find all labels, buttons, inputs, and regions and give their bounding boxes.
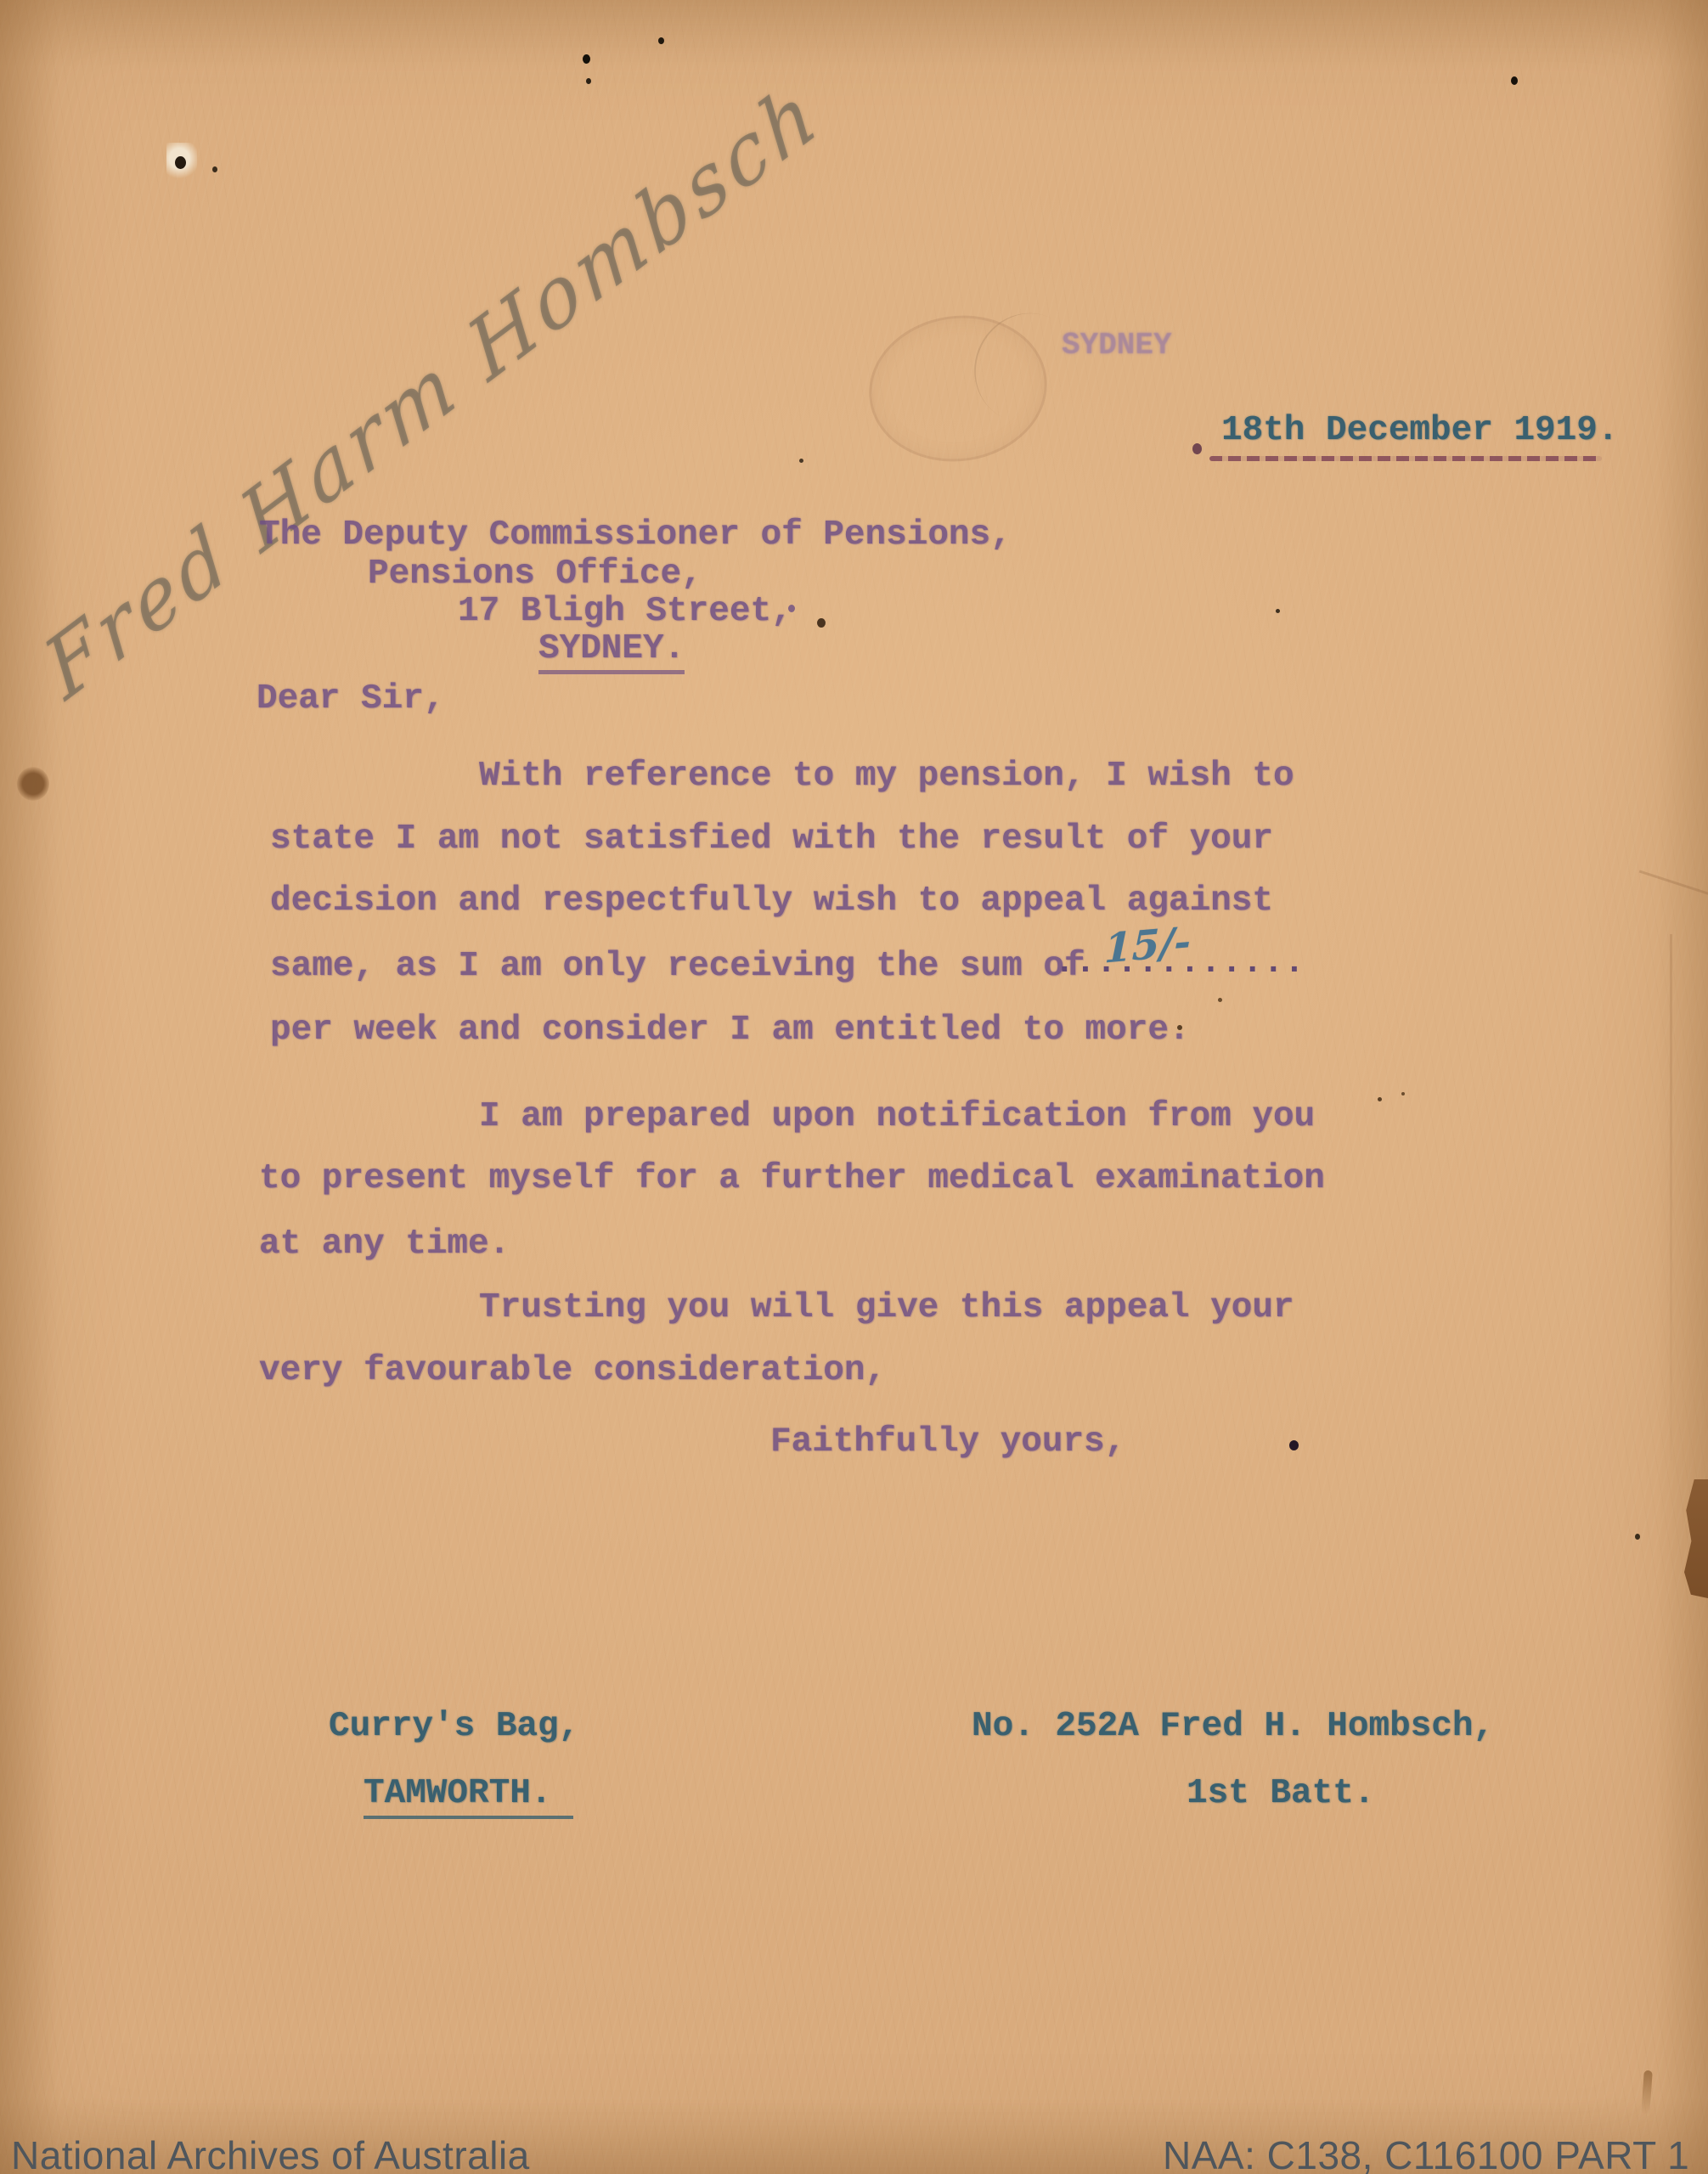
torn-edge-notch <box>1684 1479 1708 1598</box>
ink-blot <box>1289 1440 1299 1450</box>
stray-ink-dot <box>817 618 826 628</box>
service-number-name: No. 252A Fred H. Hombsch, <box>972 1706 1494 1748</box>
paper-speck <box>586 78 591 84</box>
battalion: 1st Batt. <box>1187 1773 1374 1815</box>
closing-valediction: Faithfully yours, <box>770 1422 1125 1463</box>
body-line-6: I am prepared upon notification from you <box>479 1096 1315 1138</box>
paper-speck <box>175 156 186 169</box>
body-line-2: state I am not satisfied with the result… <box>270 819 1273 860</box>
paper-speck <box>212 166 217 172</box>
date-underline-dot <box>1192 443 1202 454</box>
recipient-address-line-1: The Deputy Commissioner of Pensions, <box>259 515 1012 556</box>
brown-stain <box>17 767 49 801</box>
body-line-3: decision and respectfully wish to appeal… <box>270 881 1273 922</box>
footer-archive-name: National Archives of Australia <box>11 2132 530 2174</box>
recipient-address-line-2: Pensions Office, <box>368 554 702 595</box>
date-underline <box>1209 456 1602 461</box>
recipient-address-line-4: SYDNEY. <box>538 628 685 670</box>
sender-town: TAMWORTH. <box>364 1774 573 1819</box>
body-line-7: to present myself for a further medical … <box>259 1158 1325 1200</box>
brown-streak <box>1641 2070 1653 2115</box>
sender-address-line-2: TAMWORTH. <box>364 1773 573 1815</box>
sender-address-line-1: Curry's Bag, <box>329 1706 579 1748</box>
paper-speck <box>799 459 803 463</box>
body-line-10: very favourable consideration, <box>259 1350 886 1392</box>
paper-crease <box>1639 870 1708 895</box>
paper-speck <box>1511 76 1518 85</box>
paper-speck <box>1635 1534 1640 1540</box>
salutation: Dear Sir, <box>256 679 444 720</box>
paper-speck <box>1276 609 1280 613</box>
paper-speck <box>583 54 590 64</box>
paper-speck <box>658 37 664 44</box>
body-line-1: With reference to my pension, I wish to <box>479 756 1294 797</box>
paper-speck <box>1218 998 1222 1002</box>
paper-crease <box>1670 934 1672 1461</box>
sydney-stamp: SYDNEY <box>1062 327 1172 363</box>
scanned-letter-page: Fred Harm Hombsch SYDNEY 18th December 1… <box>0 0 1708 2174</box>
recipient-address-line-3: 17 Bligh Street, <box>458 591 792 633</box>
paper-speck <box>1401 1092 1405 1095</box>
handwritten-amount: 15/- <box>1104 918 1192 972</box>
body-line-9: Trusting you will give this appeal your <box>479 1287 1294 1329</box>
recipient-city: SYDNEY. <box>538 629 685 674</box>
body-line-4: same, as I am only receiving the sum of <box>270 946 1085 988</box>
body-line-8: at any time. <box>259 1224 510 1265</box>
paper-speck <box>1378 1097 1382 1101</box>
letter-date: 18th December 1919. <box>1221 410 1618 452</box>
body-line-5: per week and consider I am entitled to m… <box>270 1010 1190 1051</box>
footer-reference-number: NAA: C138, C116100 PART 1 <box>1163 2132 1689 2174</box>
